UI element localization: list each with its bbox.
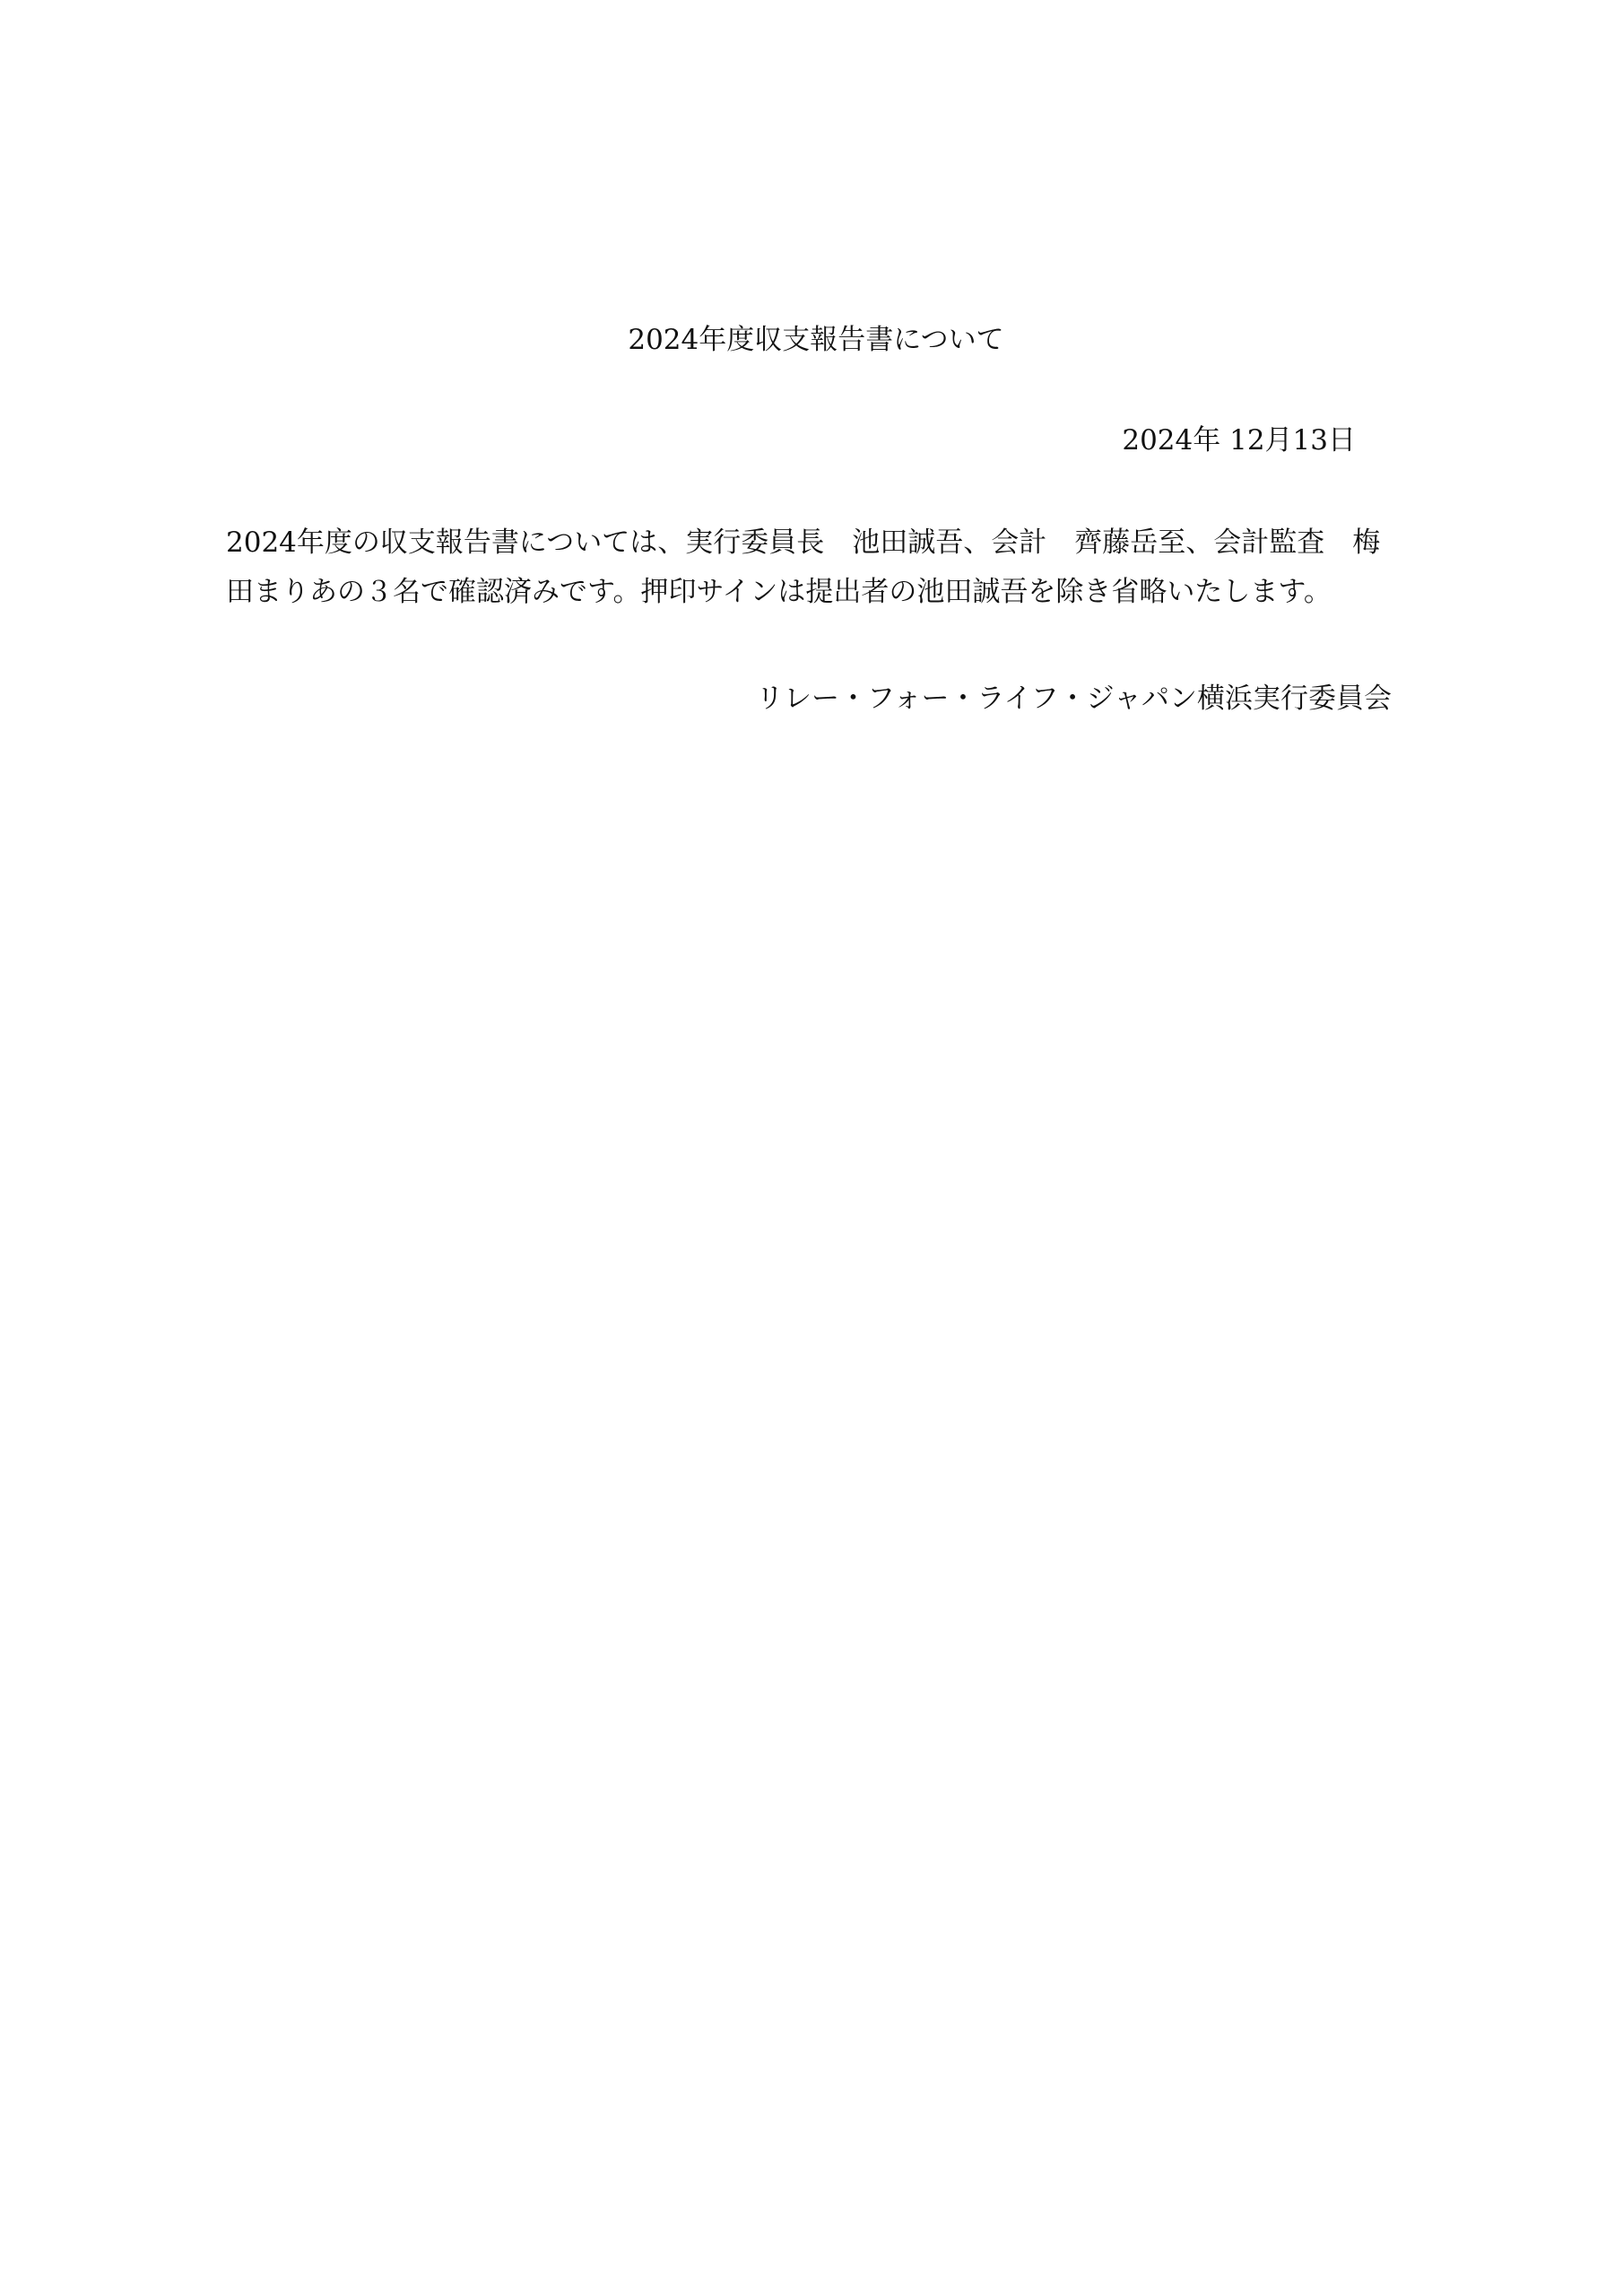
organization-signature: リレー・フォー・ライフ・ジャパン横浜実行委員会 [756,685,1392,713]
document-date: 2024年 12月13日 [1122,427,1356,455]
document-title: 2024年度収支報告書について [0,326,1623,354]
document-body: 2024年度の収支報告書については、実行委員長 池田誠吾、会計 齊藤岳至、会計監… [226,518,1392,617]
body-line: 2024年度の収支報告書については、実行委員長 池田誠吾、会計 齊藤岳至、会計監… [226,518,1392,568]
body-line: 田まりあの３名で確認済みです。押印サインは提出者の池田誠吾を除き省略いたします。 [226,568,1392,617]
